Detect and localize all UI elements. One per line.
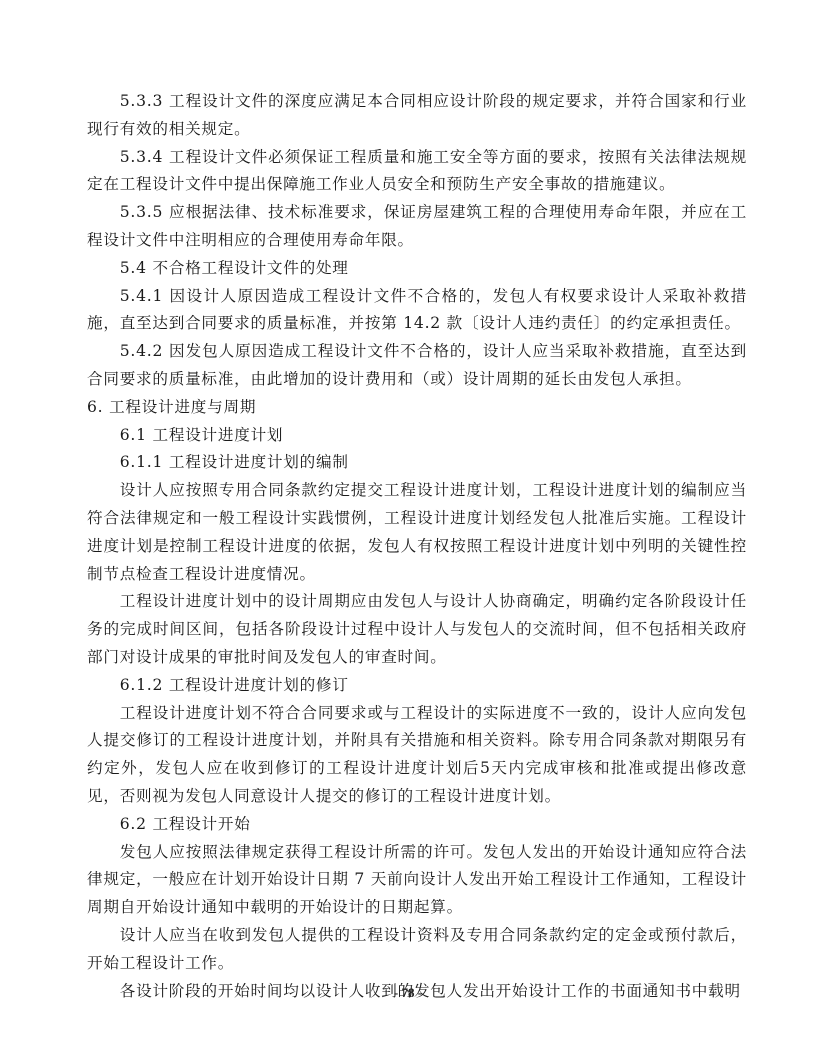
paragraph-6-1-1-a: 设计人应按照专用合同条款约定提交工程设计进度计划，工程设计进度计划的编制应当符合…	[87, 477, 747, 588]
paragraph-6-1-1-b: 工程设计进度计划中的设计周期应由发包人与设计人协商确定，明确约定各阶段设计任务的…	[87, 588, 747, 671]
document-page: 5.3.3 工程设计文件的深度应满足本合同相应设计阶段的规定要求，并符合国家和行…	[87, 88, 747, 1005]
heading-5-4: 5.4 不合格工程设计文件的处理	[87, 255, 747, 283]
clause-5-4-1: 5.4.1 因设计人原因造成工程设计文件不合格的，发包人有权要求设计人采取补救措…	[87, 283, 747, 339]
paragraph-6-2-b: 设计人应当在收到发包人提供的工程设计资料及专用合同条款约定的定金或预付款后，开始…	[87, 922, 747, 978]
paragraph-6-2-a: 发包人应按照法律规定获得工程设计所需的许可。发包人发出的开始设计通知应符合法律规…	[87, 839, 747, 922]
section-heading-6: 6. 工程设计进度与周期	[87, 394, 747, 422]
heading-6-1-1: 6.1.1 工程设计进度计划的编制	[87, 449, 747, 477]
heading-6-1: 6.1 工程设计进度计划	[87, 422, 747, 450]
clause-5-3-4: 5.3.4 工程设计文件必须保证工程质量和施工安全等方面的要求，按照有关法律法规…	[87, 144, 747, 200]
page-number: - 78 -	[0, 985, 816, 1001]
clause-5-3-3: 5.3.3 工程设计文件的深度应满足本合同相应设计阶段的规定要求，并符合国家和行…	[87, 88, 747, 144]
heading-6-1-2: 6.1.2 工程设计进度计划的修订	[87, 672, 747, 700]
clause-5-3-5: 5.3.5 应根据法律、技术标准要求，保证房屋建筑工程的合理使用寿命年限，并应在…	[87, 199, 747, 255]
heading-6-2: 6.2 工程设计开始	[87, 811, 747, 839]
paragraph-6-1-2: 工程设计进度计划不符合合同要求或与工程设计的实际进度不一致的，设计人应向发包人提…	[87, 700, 747, 811]
clause-5-4-2: 5.4.2 因发包人原因造成工程设计文件不合格的，设计人应当采取补救措施，直至达…	[87, 338, 747, 394]
